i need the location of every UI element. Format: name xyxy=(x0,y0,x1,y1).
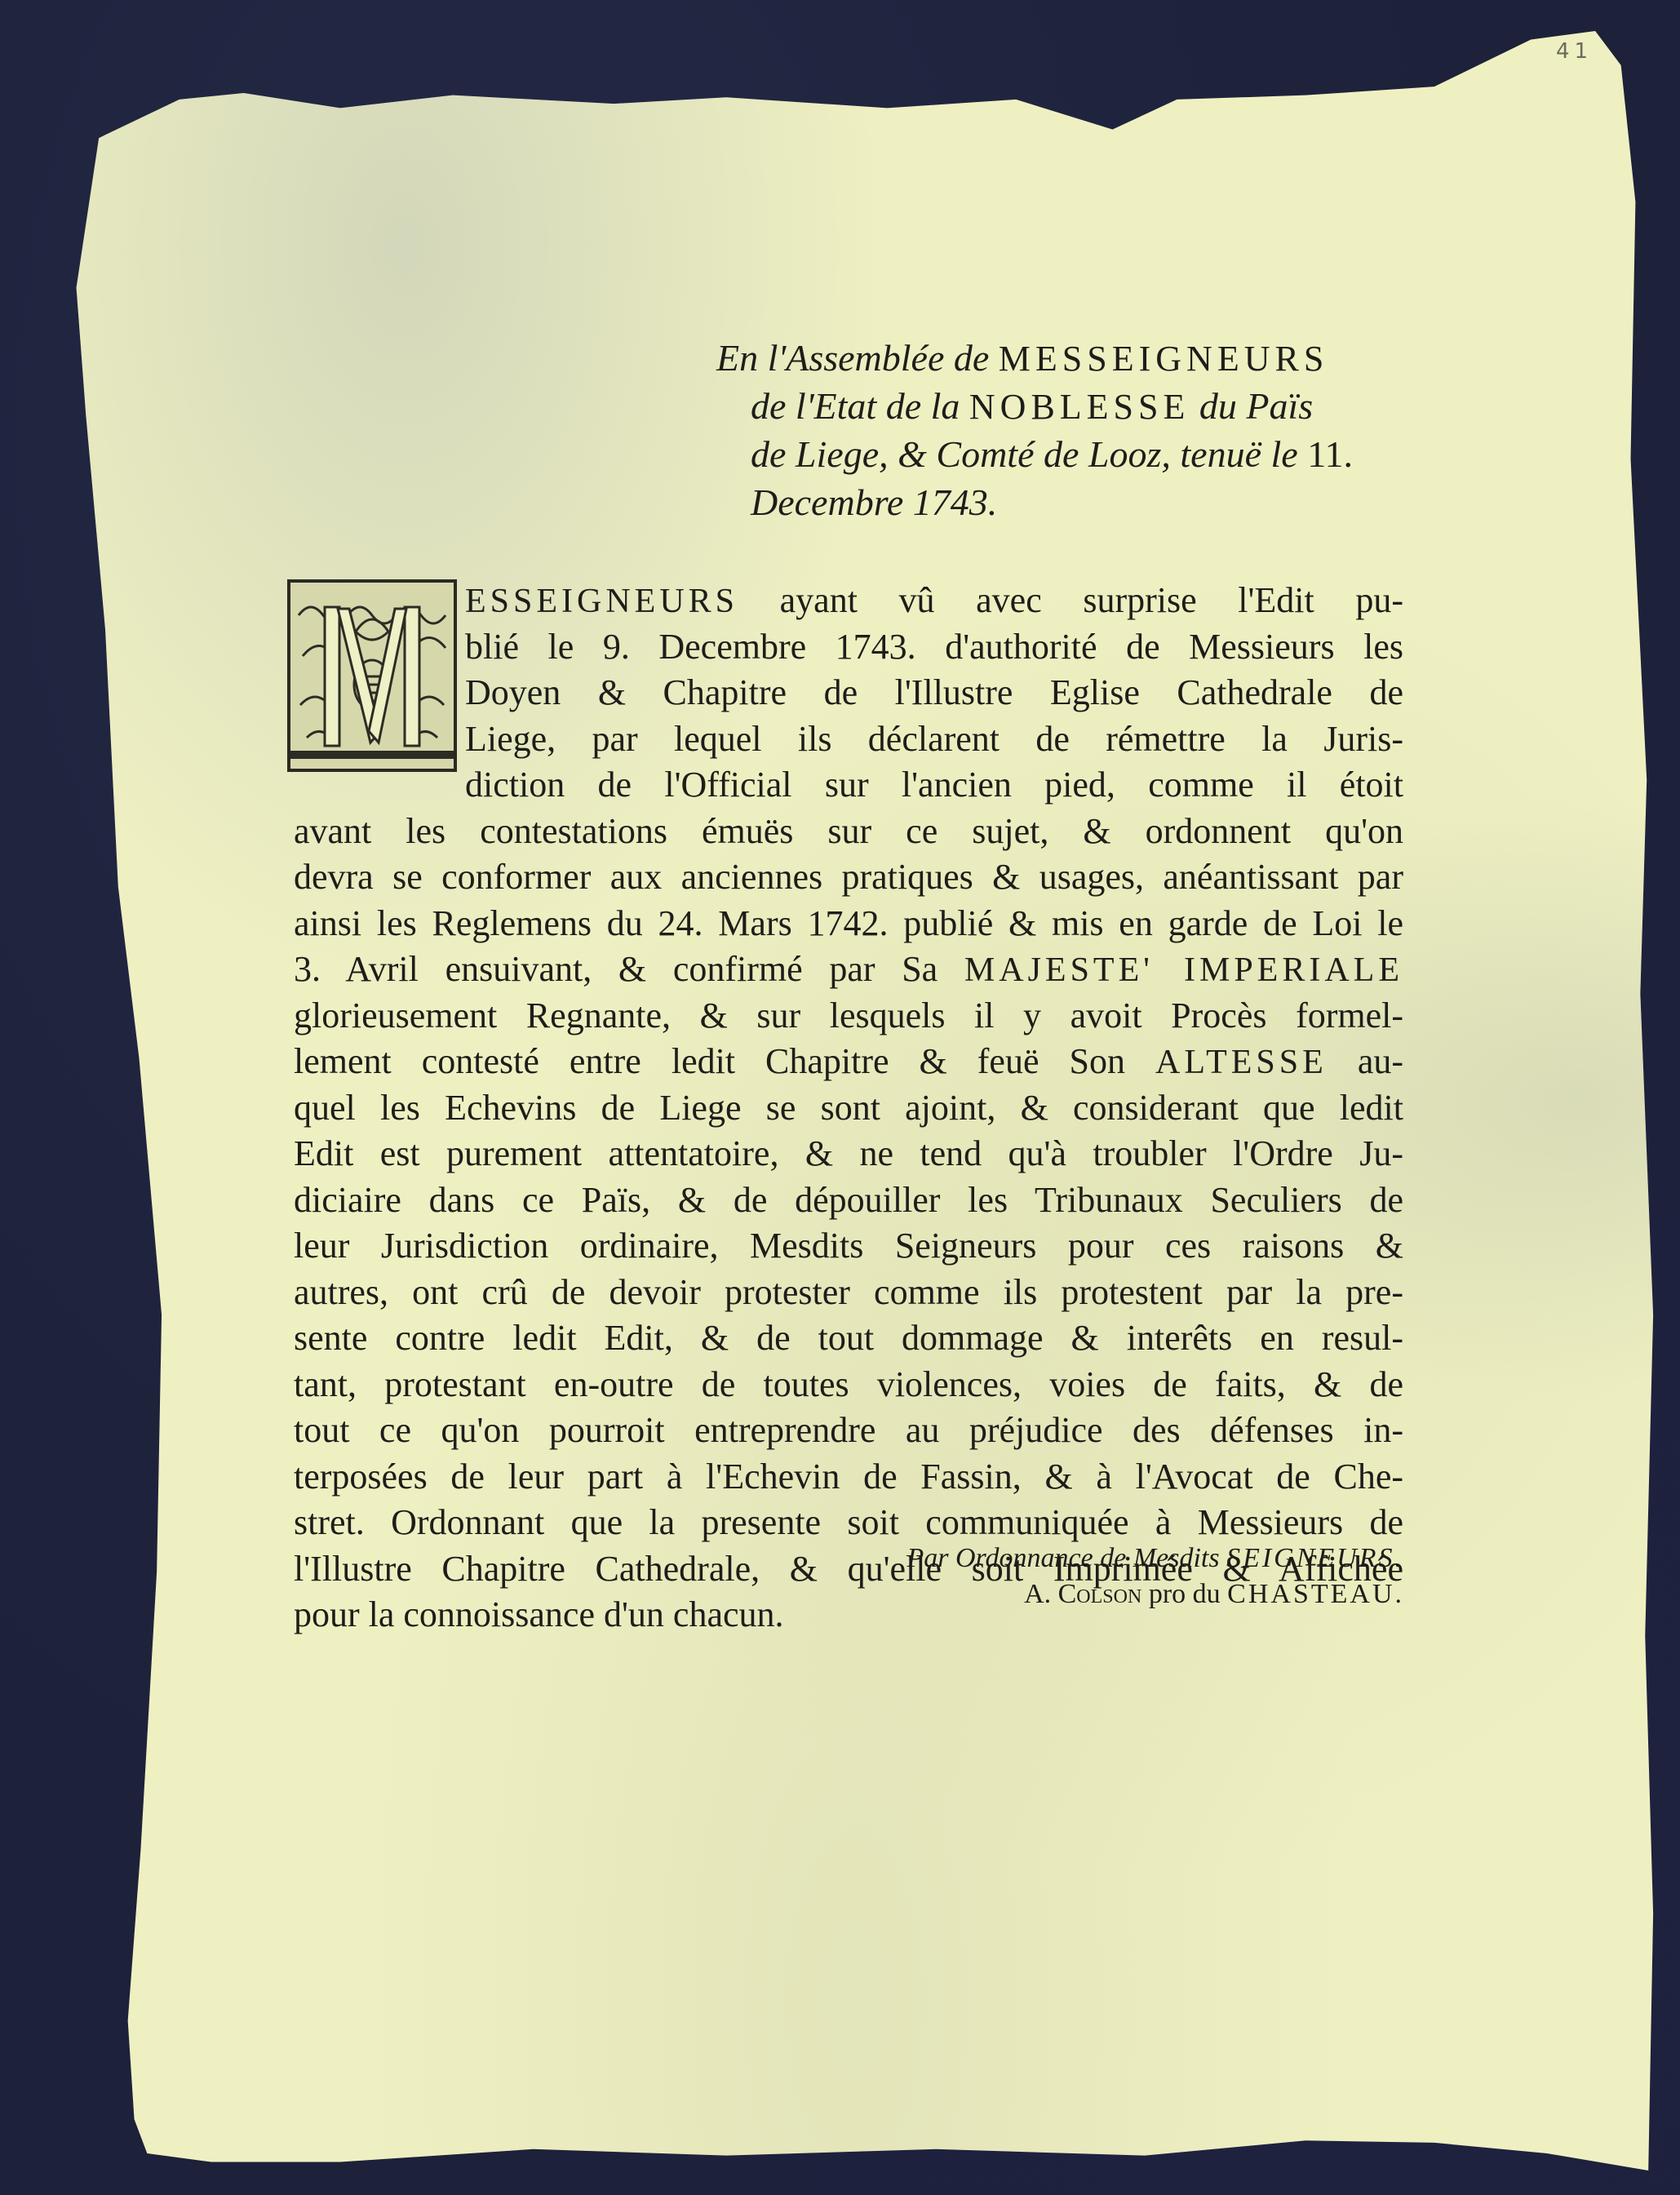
body-line: Doyen & Chapitre de l'Illustre Eglise Ca… xyxy=(465,670,1403,716)
body-line: Liege, par lequel ils déclarent de rémet… xyxy=(465,716,1403,763)
body-line: Edit est purement attentatoire, & ne ten… xyxy=(294,1131,1403,1177)
body-line: terposées de leur part à l'Echevin de Fa… xyxy=(294,1454,1403,1501)
body-line: diction de l'Official sur l'ancien pied,… xyxy=(465,762,1403,809)
body-line: ESSEIGNEURS ayant vû avec surprise l'Edi… xyxy=(465,578,1403,624)
header-caps: MESSEIGNEURS xyxy=(999,339,1329,379)
signature-line-name: A. Colson pro du CHASTEAU. xyxy=(907,1576,1405,1612)
body-line: quel les Echevins de Liege se sont ajoin… xyxy=(294,1085,1403,1132)
header-line: En l'Assemblée de MESSEIGNEURS xyxy=(716,335,1394,383)
signature-block: Par Ordonnance de Mesdits SEIGNEURS. A. … xyxy=(907,1541,1405,1612)
body-line: devra se conformer aux anciennes pratiqu… xyxy=(294,854,1403,901)
body-caps: ESSEIGNEURS xyxy=(465,583,738,620)
body-caps: MAJESTE' IMPERIALE xyxy=(964,951,1403,989)
body-line: diciaire dans ce Païs, & de dépouiller l… xyxy=(294,1177,1403,1224)
header-caps: NOBLESSE xyxy=(969,387,1190,427)
signature-line-ordonnance: Par Ordonnance de Mesdits SEIGNEURS. xyxy=(907,1541,1405,1576)
body-line: avant les contestations émuës sur ce suj… xyxy=(294,809,1403,855)
body-caps: ALTESSE xyxy=(1155,1044,1328,1081)
header-line: de Liege, & Comté de Looz, tenuë le 11. xyxy=(716,431,1394,479)
header-line: de l'Etat de la NOBLESSE du Païs xyxy=(716,383,1394,431)
body-line: stret. Ordonnant que la presente soit co… xyxy=(294,1500,1403,1546)
body-line: leur Jurisdiction ordinaire, Mesdits Sei… xyxy=(294,1223,1403,1270)
body-line: sente contre ledit Edit, & de tout domma… xyxy=(294,1315,1403,1362)
body-line: tant, protestant en-outre de toutes viol… xyxy=(294,1362,1403,1408)
body-line: blié le 9. Decembre 1743. d'authorité de… xyxy=(465,624,1403,671)
document-body: ESSEIGNEURS ayant vû avec surprise l'Edi… xyxy=(294,578,1403,1638)
body-line: tout ce qu'on pourroit entreprendre au p… xyxy=(294,1408,1403,1454)
body-line: lement contesté entre ledit Chapitre & f… xyxy=(294,1039,1403,1085)
body-line: glorieusement Regnante, & sur lesquels i… xyxy=(294,993,1403,1040)
body-line: ainsi les Reglemens du 24. Mars 1742. pu… xyxy=(294,901,1403,947)
header-line: Decembre 1743. xyxy=(716,479,1394,526)
document-header: En l'Assemblée de MESSEIGNEURS de l'Etat… xyxy=(716,335,1394,526)
body-line: 3. Avril ensuivant, & confirmé par Sa MA… xyxy=(294,947,1403,993)
folio-number: 41 xyxy=(1556,39,1593,64)
signatory-name: A. Colson xyxy=(1024,1579,1141,1609)
body-line: autres, ont crû de devoir protester comm… xyxy=(294,1270,1403,1316)
